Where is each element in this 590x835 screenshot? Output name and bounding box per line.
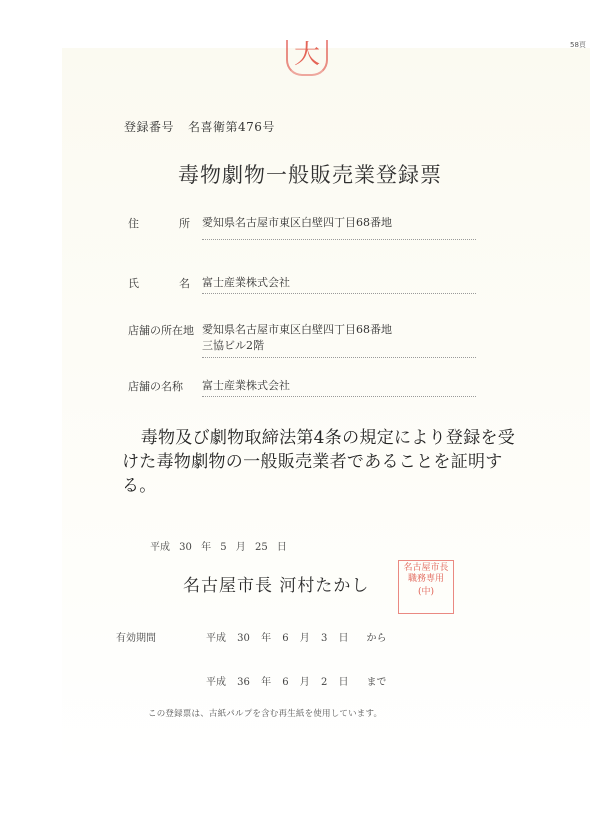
field-store-name: 店舗の名称富士産業株式会社 xyxy=(128,378,290,394)
page-number: 58頁 xyxy=(570,40,586,50)
validity-to: 平成 36 年 6 月 2 日まで xyxy=(116,673,387,688)
validity-to-date: 平成 36 年 6 月 2 日 xyxy=(206,677,349,688)
validity-label: 有効期間 xyxy=(116,629,206,644)
dotted-rule xyxy=(202,293,476,294)
issuer-name: 名古屋市長 河村たかし xyxy=(183,571,369,596)
field-label: 店舗の名称 xyxy=(128,378,202,394)
city-seal-stamp: 名古屋市長 職務専用 (中) xyxy=(398,560,454,614)
dotted-rule xyxy=(202,239,476,240)
field-label: 住 所 xyxy=(128,215,190,231)
registration-label: 登録番号 xyxy=(124,120,174,134)
validity-from-date: 平成 30 年 6 月 3 日 xyxy=(206,633,349,644)
field-address: 住 所 愛知県名古屋市東区白壁四丁目68番地 xyxy=(128,215,392,231)
field-store-location: 店舗の所在地 愛知県名古屋市東区白壁四丁目68番地 三協ビル2階 xyxy=(128,322,392,354)
validity-to-suffix: まで xyxy=(367,677,387,688)
top-seal-stamp: 大 xyxy=(286,40,328,76)
registration-number: 登録番号名喜衛第476号 xyxy=(124,118,275,135)
issue-date: 平成 30 年 5 月 25 日 xyxy=(150,538,287,553)
registration-value: 名喜衛第476号 xyxy=(188,120,275,134)
certificate-page xyxy=(62,48,590,768)
dotted-rule xyxy=(202,357,476,358)
document-title: 毒物劇物一般販売業登録票 xyxy=(178,159,442,189)
validity-from-suffix: から xyxy=(367,633,387,644)
field-value: 富士産業株式会社 xyxy=(202,378,290,394)
footnote: この登録票は、古紙パルプを含む再生紙を使用しています。 xyxy=(148,707,382,719)
field-value: 富士産業株式会社 xyxy=(202,275,290,291)
validity-from: 有効期間平成 30 年 6 月 3 日から xyxy=(116,629,387,644)
field-value: 愛知県名古屋市東区白壁四丁目68番地 xyxy=(202,215,392,231)
field-label: 店舗の所在地 xyxy=(128,322,202,338)
certification-text: 毒物及び劇物取締法第4条の規定により登録を受けた毒物劇物の一般販売業者であること… xyxy=(122,426,522,498)
dotted-rule xyxy=(202,396,476,397)
field-name: 氏 名 富士産業株式会社 xyxy=(128,275,290,291)
field-label: 氏 名 xyxy=(128,275,190,291)
field-value: 愛知県名古屋市東区白壁四丁目68番地 三協ビル2階 xyxy=(202,322,392,354)
